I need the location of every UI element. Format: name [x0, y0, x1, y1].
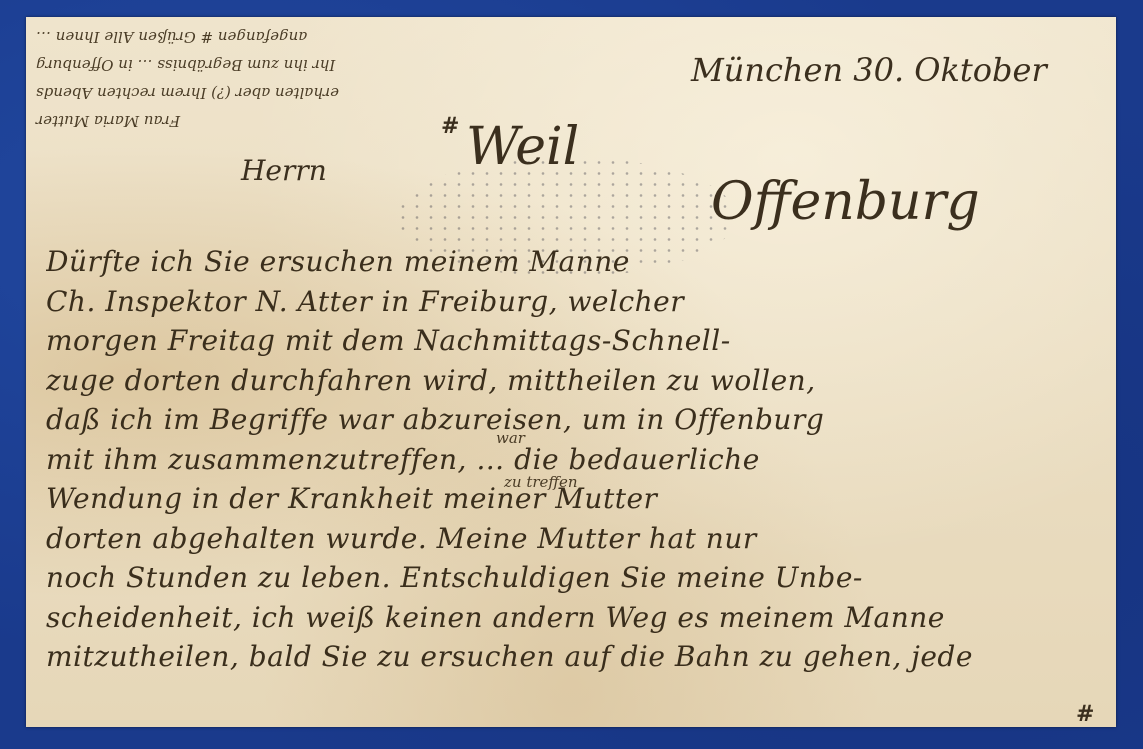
- date-line: München 30. Oktober: [691, 51, 1047, 89]
- body-line: noch Stunden zu leben. Entschuldigen Sie…: [46, 561, 1116, 601]
- hash-mark-bottom: #: [1076, 701, 1094, 727]
- body-line: Ch. Inspektor N. Atter in Freiburg, welc…: [46, 285, 1116, 325]
- upside-down-note: Frau Maria Mutter erhalten aber (?) Ihre…: [36, 23, 476, 135]
- upside-note-line: angefangen # Grüßen Alle Ihnen …: [36, 23, 476, 51]
- hash-mark-top: #: [441, 113, 459, 139]
- upside-note-line: Frau Maria Mutter: [36, 107, 476, 135]
- postcard: Frau Maria Mutter erhalten aber (?) Ihre…: [26, 17, 1116, 727]
- body-line: Wendung in der Krankheit meiner Mutter: [46, 482, 1116, 522]
- address-city: Offenburg: [711, 172, 980, 232]
- address-name: Weil: [466, 117, 579, 177]
- body-line: morgen Freitag mit dem Nachmittags-Schne…: [46, 324, 1116, 364]
- message-body: Dürfte ich Sie ersuchen meinem Manne Ch.…: [46, 245, 1116, 680]
- address-salutation: Herrn: [241, 154, 327, 187]
- body-line: dorten abgehalten wurde. Meine Mutter ha…: [46, 522, 1116, 562]
- body-line: scheidenheit, ich weiß keinen andern Weg…: [46, 601, 1116, 641]
- upside-note-line: Ihr ihn zum Begräbniss … in Offenburg: [36, 51, 476, 79]
- body-line: mitzutheilen, bald Sie zu ersuchen auf d…: [46, 640, 1116, 680]
- body-line: zuge dorten durchfahren wird, mittheilen…: [46, 364, 1116, 404]
- upside-note-line: erhalten aber (?) Ihrem rechten Abends: [36, 79, 476, 107]
- body-line: mit ihm zusammenzutreffen, … die bedauer…: [46, 443, 1116, 483]
- body-line: daß ich im Begriffe war abzureisen, um i…: [46, 403, 1116, 443]
- body-line: Dürfte ich Sie ersuchen meinem Manne: [46, 245, 1116, 285]
